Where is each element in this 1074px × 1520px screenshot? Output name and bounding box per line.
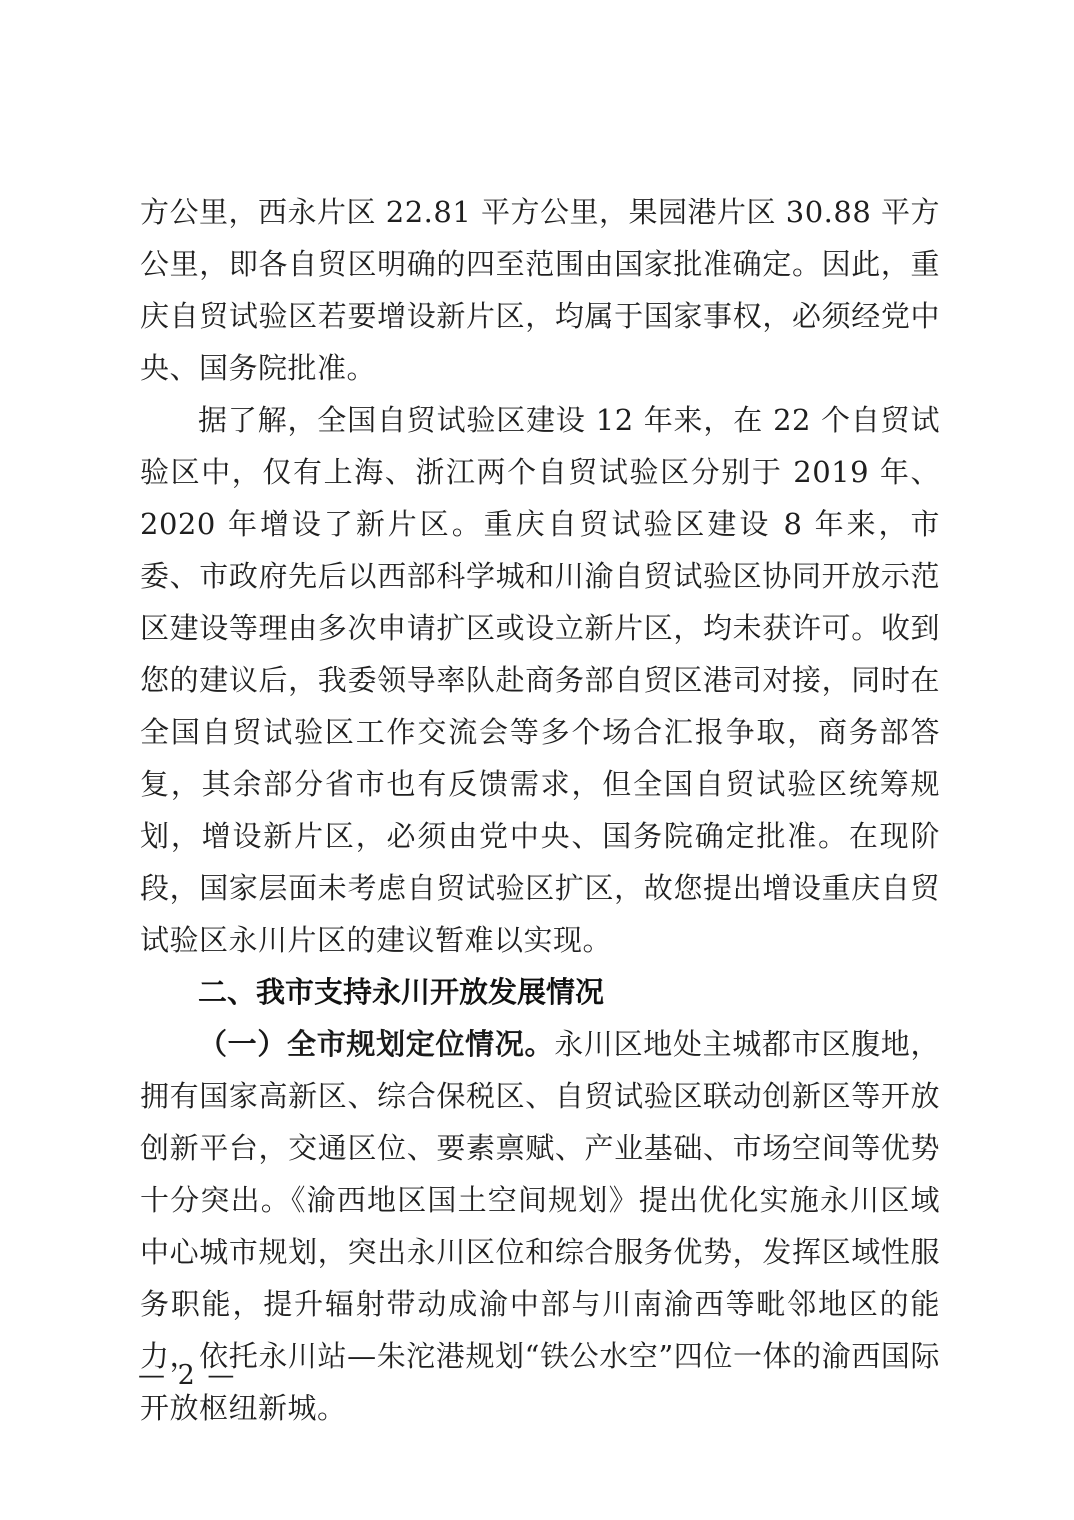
paragraph-background: 据了解，全国自贸试验区建设 12 年来，在 22 个自贸试验区中，仅有上海、浙江…: [140, 394, 940, 966]
paragraph-planning-text: 永川区地处主城都市区腹地，拥有国家高新区、综合保税区、自贸试验区联动创新区等开放…: [140, 1027, 940, 1425]
page-number: — 2 —: [138, 1356, 236, 1396]
paragraph-planning: （一）全市规划定位情况。永川区地处主城都市区腹地，拥有国家高新区、综合保税区、自…: [140, 1018, 940, 1434]
document-body: 方公里，西永片区 22.81 平方公里，果园港片区 30.88 平方公里，即各自…: [140, 186, 940, 1434]
paragraph-lead-label: （一）全市规划定位情况。: [198, 1027, 554, 1061]
section-heading: 二、我市支持永川开放发展情况: [140, 966, 940, 1018]
document-page: 方公里，西永片区 22.81 平方公里，果园港片区 30.88 平方公里，即各自…: [0, 0, 1074, 1520]
paragraph-continuation: 方公里，西永片区 22.81 平方公里，果园港片区 30.88 平方公里，即各自…: [140, 186, 940, 394]
